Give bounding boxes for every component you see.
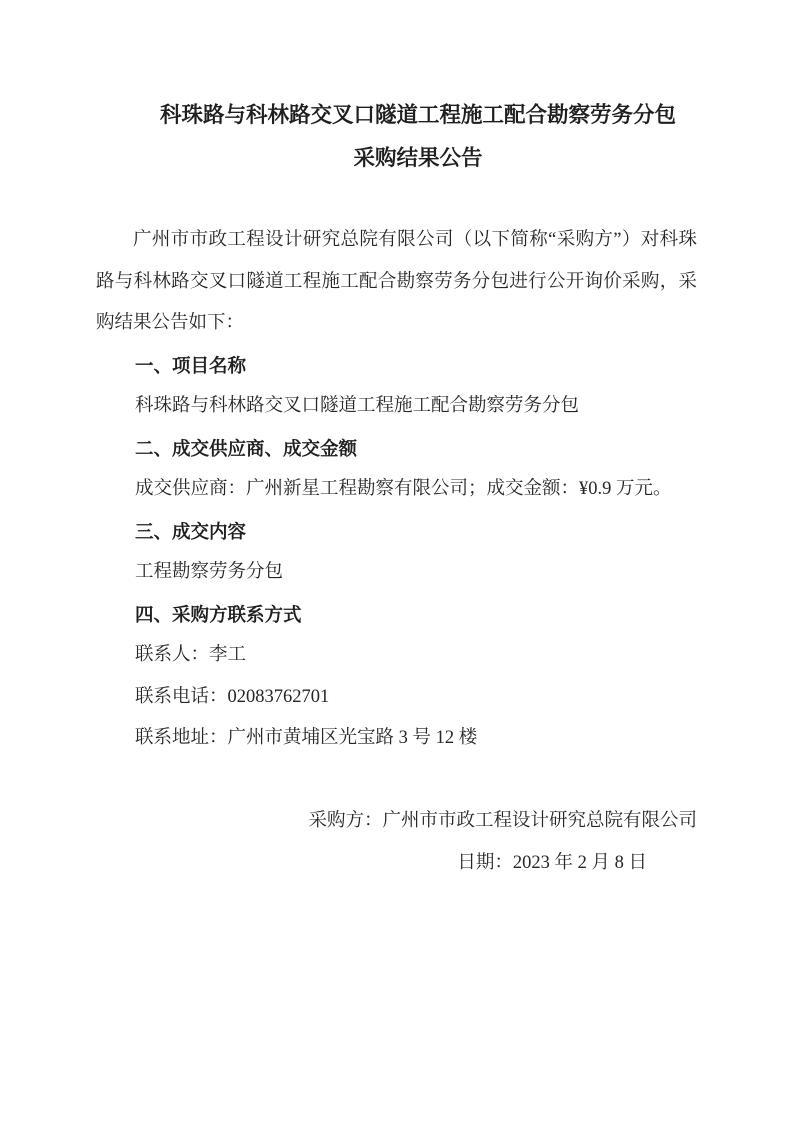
signature-purchaser: 采购方：广州市市政工程设计研究总院有限公司 — [96, 801, 697, 843]
section-contact-info: 四、采购方联系方式 联系人：李工 联系电话：02083762701 联系地址：广… — [96, 594, 697, 760]
document-page: 科珠路与科林路交叉口隧道工程施工配合勘察劳务分包 采购结果公告 广州市市政工程设… — [0, 0, 793, 1122]
title-line-1: 科珠路与科林路交叉口隧道工程施工配合勘察劳务分包 — [139, 94, 697, 137]
contact-phone-line: 联系电话：02083762701 — [96, 677, 697, 719]
document-title: 科珠路与科林路交叉口隧道工程施工配合勘察劳务分包 采购结果公告 — [96, 94, 697, 180]
section-project-name: 一、项目名称 科珠路与科林路交叉口隧道工程施工配合勘察劳务分包 — [96, 345, 697, 428]
section-3-content: 工程勘察劳务分包 — [96, 552, 697, 594]
contact-address-line: 联系地址：广州市黄埔区光宝路 3 号 12 楼 — [96, 718, 697, 760]
signature-date: 日期：2023 年 2 月 8 日 — [96, 843, 697, 885]
section-1-content: 科珠路与科林路交叉口隧道工程施工配合勘察劳务分包 — [96, 386, 697, 428]
title-line-2: 采购结果公告 — [139, 137, 697, 180]
contact-person-line: 联系人：李工 — [96, 635, 697, 677]
section-2-heading: 二、成交供应商、成交金额 — [96, 428, 697, 470]
intro-paragraph: 广州市市政工程设计研究总院有限公司（以下简称“采购方”）对科珠路与科林路交叉口隧… — [96, 220, 697, 345]
section-3-heading: 三、成交内容 — [96, 511, 697, 553]
section-4-heading: 四、采购方联系方式 — [96, 594, 697, 636]
section-1-heading: 一、项目名称 — [96, 345, 697, 387]
section-supplier-amount: 二、成交供应商、成交金额 成交供应商：广州新星工程勘察有限公司；成交金额：¥0.… — [96, 428, 697, 511]
section-deal-content: 三、成交内容 工程勘察劳务分包 — [96, 511, 697, 594]
section-2-content: 成交供应商：广州新星工程勘察有限公司；成交金额：¥0.9 万元。 — [96, 469, 697, 511]
signature-block: 采购方：广州市市政工程设计研究总院有限公司 日期：2023 年 2 月 8 日 — [96, 801, 697, 884]
